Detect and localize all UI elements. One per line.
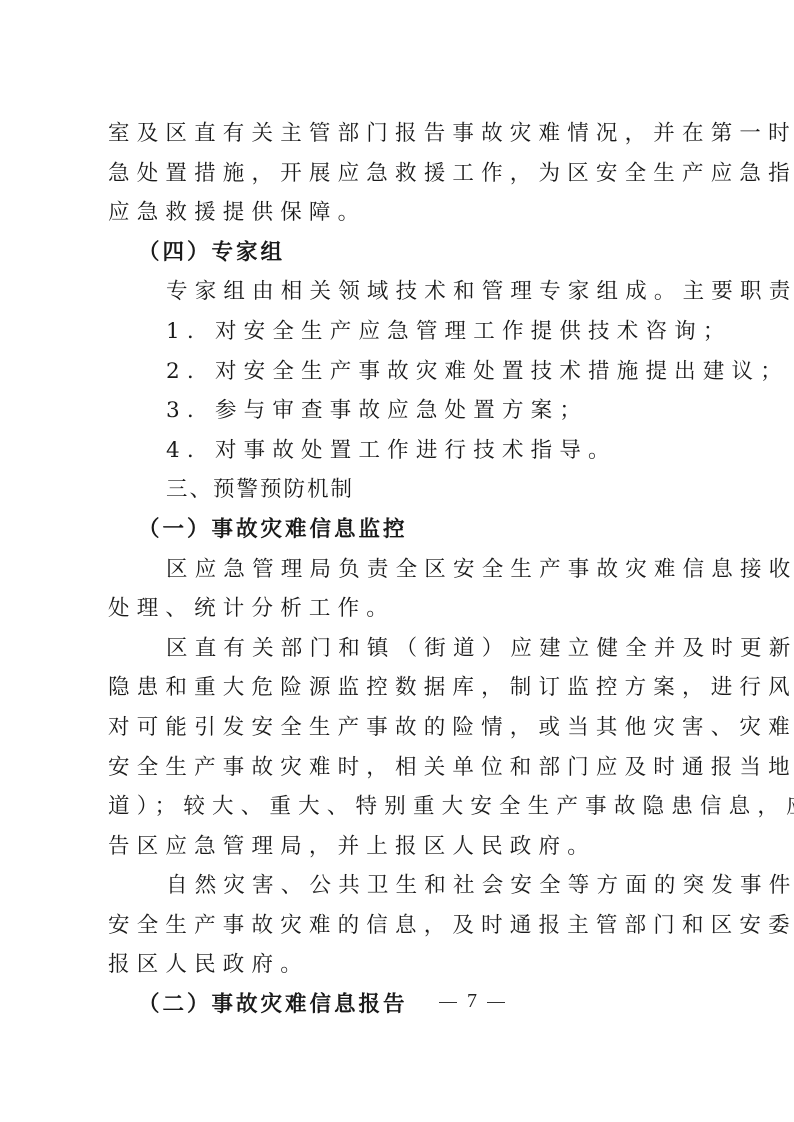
paragraph-line: 道）；较大、重大、特别重大安全生产事故隐患信息，应及时报	[108, 787, 692, 827]
dash-left	[439, 1002, 457, 1003]
paragraph-line: 区应急管理局负责全区安全生产事故灾难信息接收、报告、	[108, 550, 692, 590]
paragraph-line: 急处置措施，开展应急救援工作，为区安全生产应急指挥部组织	[108, 154, 692, 194]
paragraph-line: 对可能引发安全生产事故的险情，或当其他灾害、灾难可能引发	[108, 708, 692, 748]
paragraph-line: 室及区直有关主管部门报告事故灾难情况，并在第一时间采取应	[108, 114, 692, 154]
paragraph-line: 专家组由相关领域技术和管理专家组成。主要职责是：	[108, 272, 692, 312]
subheading-info-monitoring: （一）事故灾难信息监控	[108, 510, 692, 550]
document-page: 室及区直有关主管部门报告事故灾难情况，并在第一时间采取应 急处置措施，开展应急救…	[0, 0, 794, 1122]
subheading-expert-group: （四）专家组	[108, 233, 692, 273]
list-item: 3. 参与审查事故应急处置方案；	[108, 391, 692, 431]
page-number: 7	[467, 990, 477, 1013]
list-item: 1. 对安全生产应急管理工作提供技术咨询；	[108, 312, 692, 352]
paragraph-line: 安全生产事故灾难的信息，及时通报主管部门和区安委办，并上	[108, 906, 692, 946]
section-heading: 三、预警预防机制	[108, 470, 692, 510]
paragraph-line: 应急救援提供保障。	[108, 193, 692, 233]
list-item: 4. 对事故处置工作进行技术指导。	[108, 431, 692, 471]
paragraph-line: 自然灾害、公共卫生和社会安全等方面的突发事件可能引发	[108, 866, 692, 906]
paragraph-line: 告区应急管理局，并上报区人民政府。	[108, 827, 692, 867]
page-number-footer: 7	[0, 990, 794, 1013]
list-item: 2. 对安全生产事故灾难处置技术措施提出建议；	[108, 352, 692, 392]
paragraph-line: 安全生产事故灾难时，相关单位和部门应及时通报当地镇（街	[108, 748, 692, 788]
paragraph-line: 报区人民政府。	[108, 945, 692, 985]
dash-right	[487, 1002, 505, 1003]
paragraph-line: 处理、统计分析工作。	[108, 589, 692, 629]
paragraph-line: 区直有关部门和镇（街道）应建立健全并及时更新重大事故	[108, 629, 692, 669]
paragraph-line: 隐患和重大危险源监控数据库，制订监控方案，进行风险分级。	[108, 668, 692, 708]
document-body: 室及区直有关主管部门报告事故灾难情况，并在第一时间采取应 急处置措施，开展应急救…	[108, 114, 692, 1025]
